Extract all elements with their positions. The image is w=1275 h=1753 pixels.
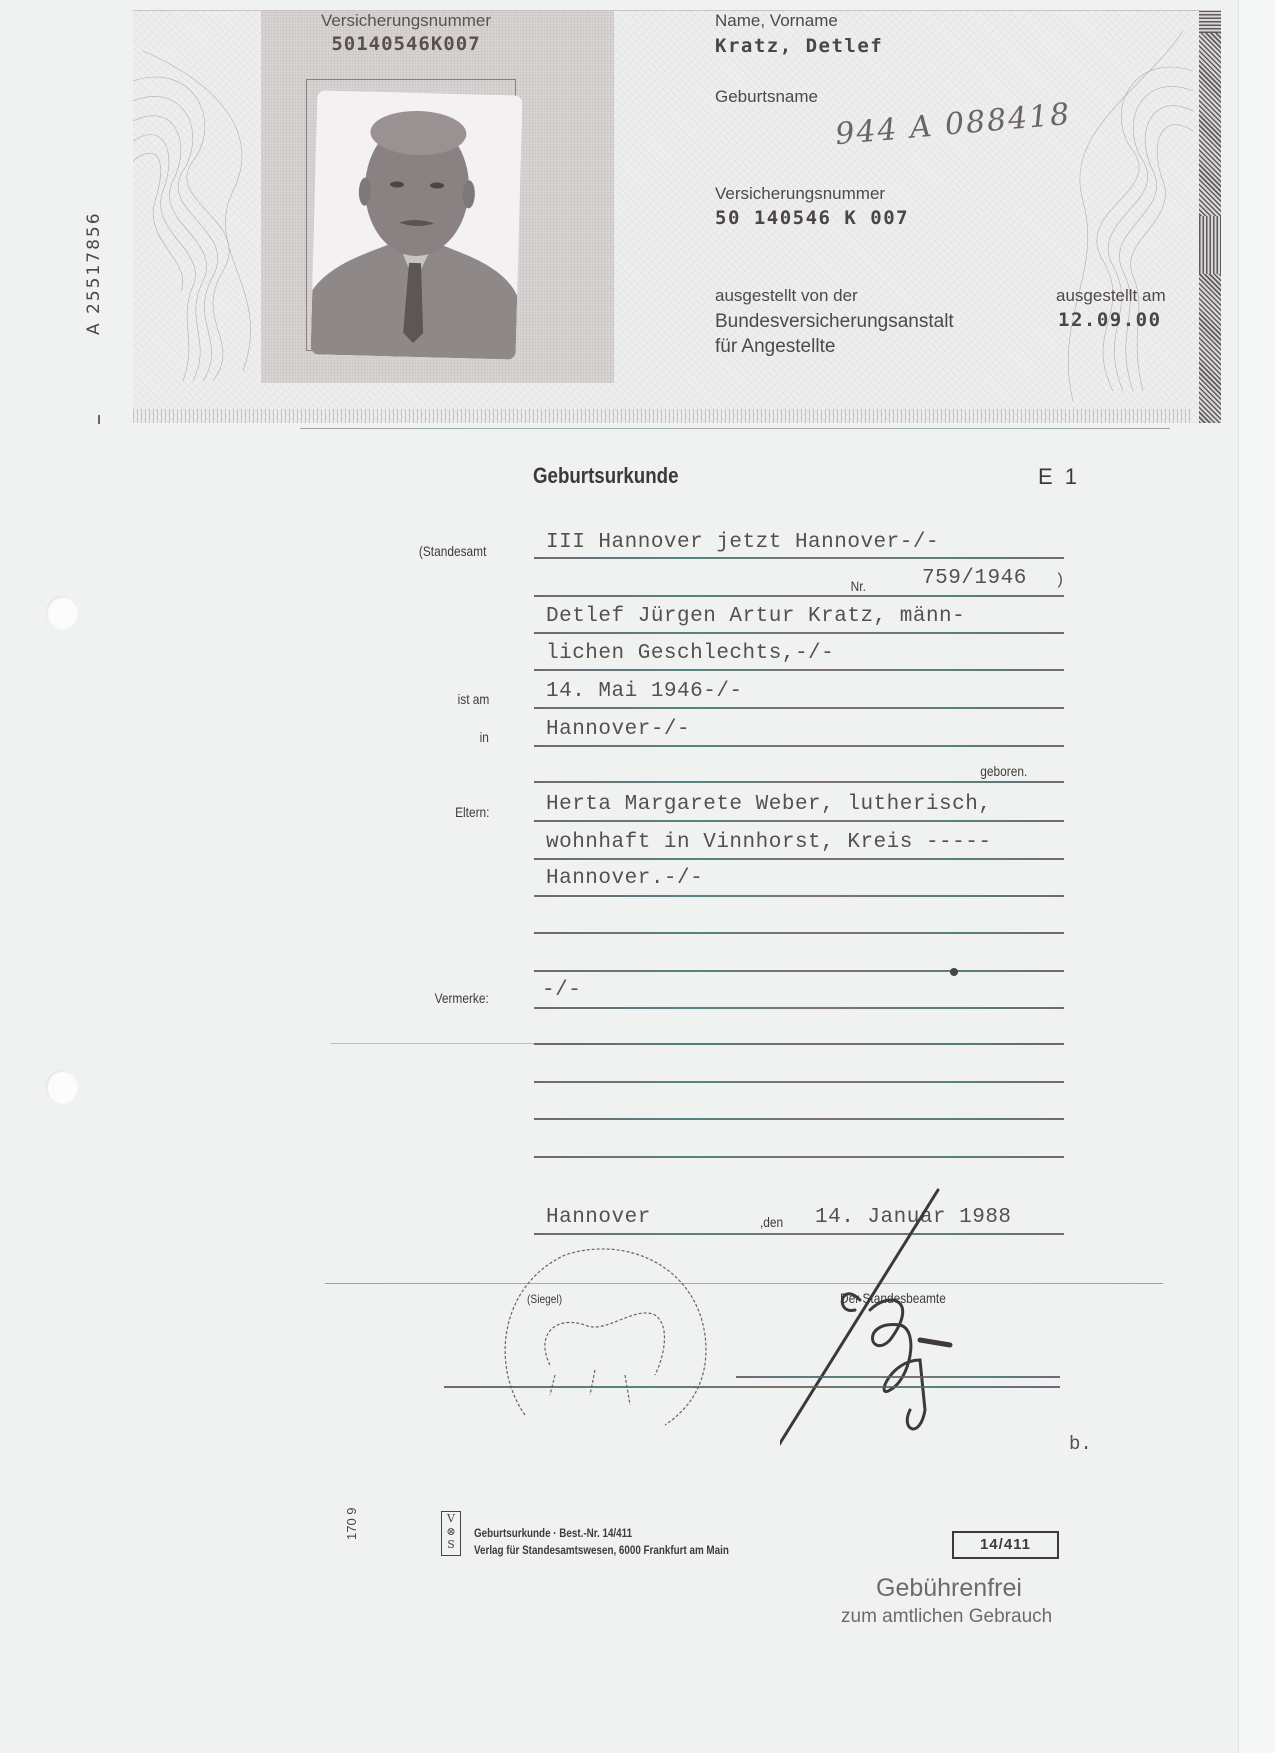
parents-line-3: Hannover.-/- — [546, 867, 703, 890]
photo-panel-number: 50140546K007 — [261, 33, 551, 55]
name-label: Name, Vorname — [715, 11, 838, 31]
name-value: Kratz, Detlef — [715, 35, 883, 57]
form-line — [534, 895, 1064, 897]
fee-exempt-note: zum amtlichen Gebrauch — [841, 1606, 1052, 1628]
punch-hole-bottom — [46, 1070, 78, 1104]
form-code: E 1 — [1038, 464, 1080, 490]
number-value: 759/1946 — [922, 567, 1027, 590]
guilloche-pattern-right — [1043, 31, 1193, 401]
issued-on-value: 12.09.00 — [1058, 309, 1162, 331]
issued-by-label: ausgestellt von der — [715, 286, 858, 306]
form-line — [534, 1007, 1064, 1009]
remarks-value: -/- — [542, 979, 581, 1002]
form-line — [534, 595, 1064, 597]
form-line — [534, 632, 1064, 634]
signature-divider — [325, 1283, 1163, 1284]
registry-label: (Standesamt — [419, 543, 486, 559]
form-line — [534, 781, 1064, 783]
form-line — [534, 820, 1064, 822]
form-line — [534, 970, 1064, 972]
issue-place: Hannover — [546, 1206, 651, 1229]
insurance-number-value: 50 140546 K 007 — [715, 207, 909, 229]
birth-date-value: 14. Mai 1946-/- — [546, 680, 743, 703]
portrait-photo — [311, 90, 523, 359]
issued-on-label: ausgestellt am — [1056, 286, 1166, 306]
initial-mark: b. — [1069, 1433, 1092, 1455]
side-tick-mark — [98, 415, 100, 424]
number-close-paren: ) — [1055, 571, 1065, 589]
photo-panel-label: Versicherungsnummer — [261, 11, 551, 31]
registry-value: III Hannover jetzt Hannover-/- — [546, 531, 939, 554]
side-serial-number: A 25517856 — [84, 211, 104, 335]
publisher-line-1: Geburtsurkunde · Best.-Nr. 14/411 — [474, 1526, 632, 1540]
form-line — [534, 1043, 1064, 1045]
birth-place-label: in — [480, 729, 489, 745]
form-line — [534, 745, 1064, 747]
scanned-document-page: Versicherungsnummer 50140546K007 — [0, 0, 1238, 1753]
parents-label: Eltern: — [455, 804, 489, 820]
issuer-line-2: für Angestellte — [715, 336, 835, 358]
certificate-title: Geburtsurkunde — [533, 463, 678, 489]
seal-label: (Siegel) — [527, 1292, 562, 1306]
remarks-label: Vermerke: — [435, 990, 489, 1006]
registrar-signature — [780, 1180, 980, 1450]
form-line — [534, 707, 1064, 709]
card-bottom-rule — [300, 428, 1170, 429]
insurance-number-label: Versicherungsnummer — [715, 184, 885, 204]
birth-name-label: Geburtsname — [715, 87, 818, 107]
ink-dot — [950, 968, 958, 976]
publisher-logo-icon: V⊗S — [441, 1511, 461, 1556]
publisher-line-2: Verlag für Standesamtswesen, 6000 Frankf… — [474, 1543, 729, 1557]
form-line — [534, 858, 1064, 860]
issuer-line-1: Bundesversicherungsanstalt — [715, 311, 954, 333]
handwritten-note: 944 A 088418 — [834, 97, 1073, 152]
parents-line-2: wohnhaft in Vinnhorst, Kreis ----- — [546, 831, 991, 854]
birth-date-label: ist am — [457, 691, 489, 707]
form-line — [534, 1081, 1064, 1083]
born-label: geboren. — [980, 763, 1027, 779]
official-seal-stamp — [495, 1245, 709, 1430]
print-code: 170 9 — [344, 1507, 359, 1540]
birth-place-value: Hannover-/- — [546, 718, 690, 741]
form-line — [534, 932, 1064, 934]
form-line — [534, 669, 1064, 671]
number-label: Nr. — [851, 578, 866, 594]
form-line — [534, 1156, 1064, 1158]
portrait-image — [311, 90, 523, 359]
punch-hole-top — [46, 596, 78, 630]
microprint-band — [133, 409, 1193, 423]
photo-panel: Versicherungsnummer 50140546K007 — [261, 11, 614, 383]
signature-line — [736, 1376, 1060, 1378]
seal-signature-line — [444, 1386, 1060, 1388]
form-line — [534, 557, 1064, 559]
insurance-id-card-copy: Versicherungsnummer 50140546K007 — [133, 10, 1221, 423]
security-stripe — [1199, 11, 1221, 423]
child-name-line-2: lichen Geschlechts,-/- — [546, 642, 834, 665]
parents-line-1: Herta Margarete Weber, lutherisch, — [546, 793, 991, 816]
scanner-edge — [1238, 0, 1275, 1753]
order-number-box: 14/411 — [952, 1531, 1059, 1559]
fee-exempt-stamp: Gebührenfrei — [876, 1574, 1022, 1603]
child-name-line-1: Detlef Jürgen Artur Kratz, männ- — [546, 605, 965, 628]
form-line — [534, 1118, 1064, 1120]
